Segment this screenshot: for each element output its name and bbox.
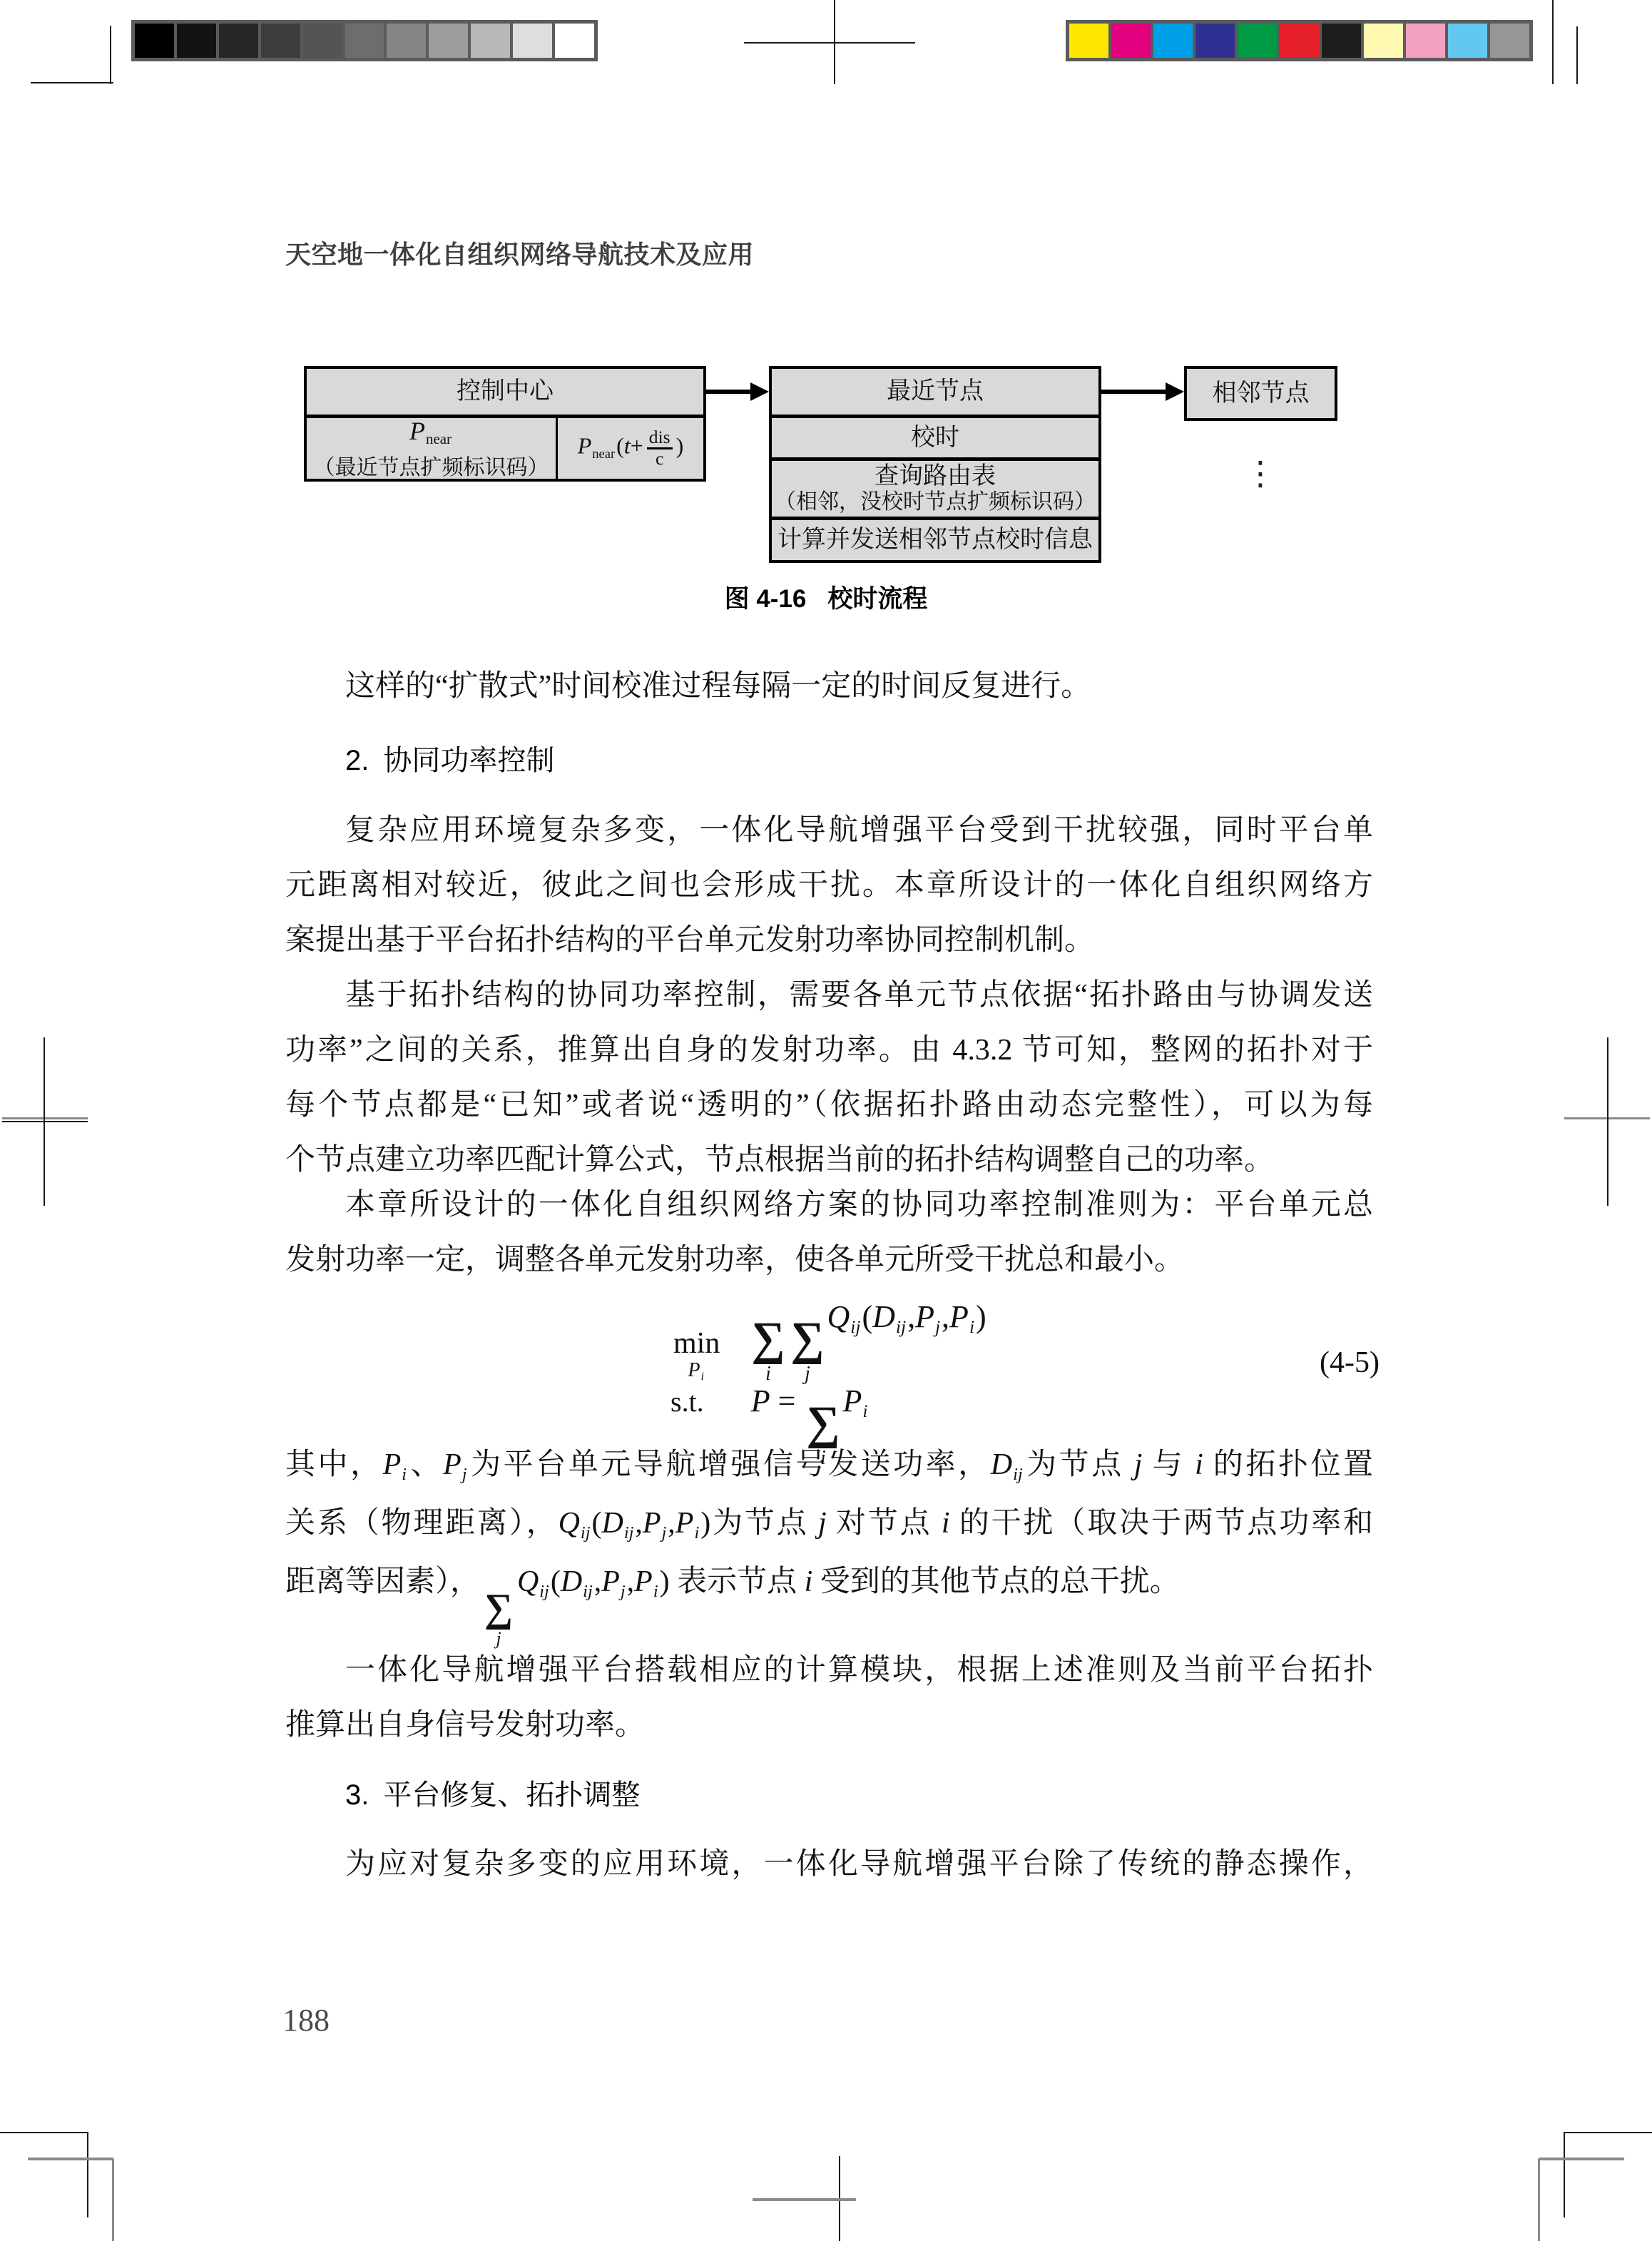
control-center-title: 控制中心: [307, 369, 703, 418]
p-near-label: Pnear: [409, 416, 453, 449]
color-calibration-bar: [1066, 20, 1533, 61]
text-line: 发射功率一定，调整各单元发射功率，使各单元所受干扰总和最小。: [285, 1233, 1373, 1288]
text-line: 复杂应用环境复杂多变，一体化导航增强平台受到干扰较强，同时平台单: [285, 803, 1373, 858]
book-title: 天空地一体化自组织网络导航技术及应用: [285, 235, 754, 271]
crop-mark-top-left-h: [31, 82, 113, 83]
crop-mark-bottom-left-v: [87, 2132, 88, 2217]
calibration-swatch: [1448, 24, 1487, 58]
crop-mark-top-left-v: [110, 26, 111, 84]
text-line: 元距离相对较近，彼此之间也会形成干扰。本章所设计的一体化自组织网络方: [285, 858, 1373, 913]
calibration-swatch: [345, 24, 384, 58]
paragraph-2: 复杂应用环境复杂多变，一体化导航增强平台受到干扰较强，同时平台单 元距离相对较近…: [285, 803, 1373, 968]
calibration-swatch: [513, 24, 552, 58]
crop-mark-top-center-h: [744, 42, 915, 44]
query-routing-table-detail: （相邻，没校时节点扩频标识码）: [775, 490, 1096, 515]
calibration-swatch: [1280, 24, 1319, 58]
figure-caption: 图 4-16校时流程: [0, 579, 1652, 615]
calibration-swatch: [1111, 24, 1151, 58]
calibration-swatch: [135, 24, 174, 58]
adjacent-node-title: 相邻节点: [1213, 380, 1310, 407]
nearest-node-id-label: （最近节点扩频标识码）: [314, 449, 549, 481]
calibration-swatch: [1069, 24, 1108, 58]
equation-4-5: minPi∑i∑jQij(Dij,Pj,Pi) s.t.P = ∑iPi: [671, 1294, 986, 1453]
nearest-node-title: 最近节点: [772, 369, 1098, 418]
crop-mark-bottom-right-v-gray: [1538, 2159, 1540, 2241]
flowchart-box-nearest-node: 最近节点 校时 查询路由表 （相邻，没校时节点扩频标识码） 计算并发送相邻节点校…: [769, 366, 1101, 563]
text-line: 每个节点都是“已知”或者说“透明的”（依据拓扑路由动态完整性），可以为每: [285, 1078, 1373, 1133]
nearest-node-row-query: 查询路由表 （相邻，没校时节点扩频标识码）: [772, 461, 1098, 520]
calibration-swatch: [1322, 24, 1361, 58]
equation-number: (4-5): [1320, 1346, 1380, 1380]
nearest-node-row-timing: 校时: [772, 418, 1098, 461]
heading-3-number: 3.: [345, 1779, 369, 1811]
query-routing-table-label: 查询路由表: [875, 462, 996, 490]
arrow-2-line: [1101, 390, 1166, 394]
crop-mark-left-mid-v: [44, 1037, 45, 1206]
calibration-swatch: [1406, 24, 1445, 58]
text-line: 一体化导航增强平台搭载相应的计算模块，根据上述准则及当前平台拓扑: [285, 1643, 1373, 1698]
calibration-swatch: [261, 24, 300, 58]
heading-3: 3.平台修复、拓扑调整: [285, 1768, 1373, 1823]
crop-mark-right-mid-v: [1607, 1037, 1608, 1206]
crop-mark-top-center-v: [834, 0, 835, 84]
heading-2-number: 2.: [345, 745, 369, 776]
page-number: 188: [282, 2002, 330, 2038]
crop-mark-bottom-left-h-gray: [28, 2158, 113, 2160]
text-line: 功率”之间的关系，推算出自身的发射功率。由 4.3.2 节可知，整网的拓扑对于: [285, 1023, 1373, 1078]
text-line: 这样的“扩散式”时间校准过程每隔一定的时间反复进行。: [285, 659, 1373, 714]
flowchart-box-adjacent-node: 相邻节点: [1184, 366, 1337, 421]
calibration-swatch: [219, 24, 258, 58]
heading-2: 2.协同功率控制: [285, 733, 1373, 788]
calibration-swatch: [1364, 24, 1403, 58]
text-line: 推算出自身信号发射功率。: [285, 1698, 1373, 1753]
vertical-ellipsis: ⋮: [1243, 457, 1278, 489]
crop-mark-bottom-left-h: [0, 2132, 88, 2133]
p-near-time-expression: Pnear(t+disc): [578, 428, 684, 469]
grayscale-calibration-bar: [131, 20, 598, 61]
calibration-swatch: [387, 24, 426, 58]
paragraph-4: 本章所设计的一体化自组织网络方案的协同功率控制准则为：平台单元总 发射功率一定，…: [285, 1178, 1373, 1288]
text-line: 本章所设计的一体化自组织网络方案的协同功率控制准则为：平台单元总: [285, 1178, 1373, 1233]
arrow-1-head-icon: [750, 382, 769, 401]
figure-caption-label: 图 4-16: [725, 585, 807, 613]
arrow-1-line: [706, 390, 750, 394]
arrow-2-head-icon: [1166, 382, 1184, 401]
text-line: 其中，Pi、Pj为平台单元导航增强信号发送功率，Dij为节点 j 与 i 的拓扑…: [285, 1435, 1373, 1494]
control-center-cell-expr: Pnear(t+disc): [558, 418, 703, 479]
heading-3-text: 平台修复、拓扑调整: [383, 1779, 640, 1811]
calibration-swatch: [1238, 24, 1277, 58]
text-line: 距离等因素），∑jQij(Dij,Pj,Pi) 表示节点 i 受到的其他节点的总…: [285, 1553, 1373, 1611]
book-page: 天空地一体化自组织网络导航技术及应用 控制中心 Pnear （最近节点扩频标识码…: [0, 0, 1652, 2241]
paragraph-1: 这样的“扩散式”时间校准过程每隔一定的时间反复进行。: [285, 659, 1373, 714]
calibration-swatch: [1490, 24, 1529, 58]
equation-objective: minPi∑i∑jQij(Dij,Pj,Pi): [671, 1294, 986, 1368]
crop-mark-left-mid-h-gray: [2, 1117, 88, 1119]
text-line: 案提出基于平台拓扑结构的平台单元发射功率协同控制机制。: [285, 913, 1373, 968]
heading-2-text: 协同功率控制: [383, 745, 554, 776]
calibration-swatch: [1195, 24, 1235, 58]
calibration-swatch: [471, 24, 510, 58]
figure-caption-title: 校时流程: [827, 585, 927, 613]
nearest-node-row-send: 计算并发送相邻节点校时信息: [772, 520, 1098, 560]
flowchart-box-control-center: 控制中心 Pnear （最近节点扩频标识码） Pnear(t+disc): [304, 366, 706, 482]
calibration-swatch: [1153, 24, 1193, 58]
crop-mark-top-right-v2: [1576, 26, 1578, 84]
paragraph-7: 为应对复杂多变的应用环境，一体化导航增强平台除了传统的静态操作，: [285, 1837, 1373, 1892]
calibration-swatch: [177, 24, 216, 58]
paragraph-3: 基于拓扑结构的协同功率控制，需要各单元节点依据“拓扑路由与协调发送 功率”之间的…: [285, 968, 1373, 1188]
crop-mark-bottom-right-h: [1564, 2132, 1652, 2133]
paragraph-6: 一体化导航增强平台搭载相应的计算模块，根据上述准则及当前平台拓扑 推算出自身信号…: [285, 1643, 1373, 1753]
crop-mark-bottom-center-h-gray: [753, 2198, 856, 2201]
crop-mark-bottom-left-v-gray: [112, 2159, 114, 2241]
text-line: 为应对复杂多变的应用环境，一体化导航增强平台除了传统的静态操作，: [285, 1837, 1373, 1892]
crop-mark-bottom-right-h-gray: [1539, 2158, 1624, 2160]
text-line: 关系（物理距离），Qij(Dij,Pj,Pi)为节点 j 对节点 i 的干扰（取…: [285, 1494, 1373, 1553]
calibration-swatch: [429, 24, 468, 58]
calibration-swatch: [303, 24, 342, 58]
calibration-swatch: [555, 24, 594, 58]
crop-mark-bottom-right-v: [1564, 2132, 1565, 2217]
paragraph-5: 其中，Pi、Pj为平台单元导航增强信号发送功率，Dij为节点 j 与 i 的拓扑…: [285, 1435, 1373, 1611]
control-center-cell-id: Pnear （最近节点扩频标识码）: [307, 418, 558, 479]
crop-mark-left-mid-h: [2, 1121, 88, 1122]
crop-mark-top-right-v1: [1552, 0, 1554, 84]
text-line: 基于拓扑结构的协同功率控制，需要各单元节点依据“拓扑路由与协调发送: [285, 968, 1373, 1023]
